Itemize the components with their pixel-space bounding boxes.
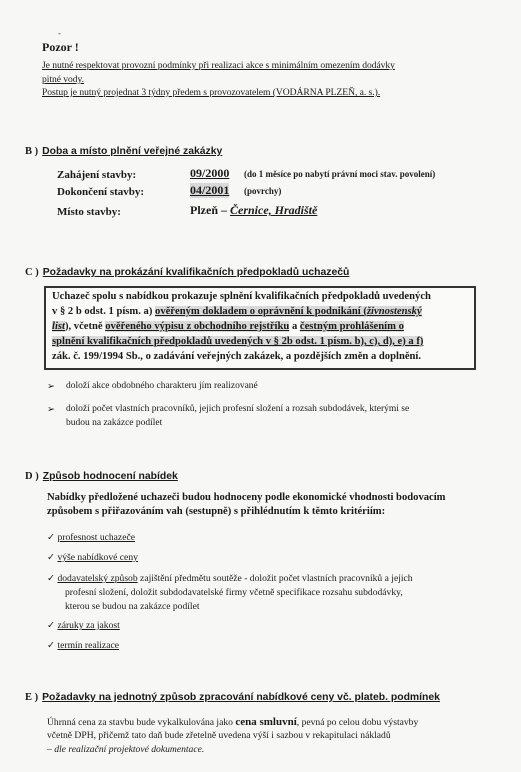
box-line-3: list), včetně ověřeného výpisu z obchodn… [52, 321, 404, 332]
qualification-box: Uchazeč spolu s nabídkou prokazuje splně… [44, 286, 476, 370]
bullet-1: doloží akce obdobného charakteru jím rea… [66, 381, 258, 391]
place-label: Místo stavby: [57, 206, 121, 218]
text: , pevná po celou dobu výstavby [297, 717, 419, 728]
check-icon: ✓ [47, 573, 55, 584]
section-c-heading: C ) Požadavky na prokázání kvalifikačníc… [25, 262, 349, 280]
arrow-bullet-icon: ➢ [47, 404, 55, 415]
highlight-register: ověřeného výpisu z obchodního rejstříku [105, 321, 289, 332]
criterion-text: zajištění předmětu soutěže - doložit poč… [138, 573, 413, 584]
contract-price: cena smluvní [235, 716, 296, 728]
highlight-doc-italic: živnostenský [367, 306, 422, 317]
box-line-2: v § 2 b odst. 1 písm. a) ověřeným doklad… [52, 306, 422, 317]
text: a [289, 321, 300, 332]
text: v § 2 b odst. 1 písm. a) [52, 306, 155, 317]
e-line-2: včetně DPH, přičemž tato daň bude zřetel… [47, 730, 391, 741]
criterion-1: ✓ profesnost uchazeče [47, 532, 135, 543]
notice-line-1: Je nutné respektovat provozní podmínky p… [42, 60, 395, 71]
check-icon: ✓ [47, 552, 55, 563]
start-note: (do 1 měsíce po nabytí právní moci stav.… [244, 169, 435, 179]
criterion-5: ✓ termín realizace [47, 640, 119, 651]
check-icon: ✓ [47, 640, 55, 651]
box-line-1: Uchazeč spolu s nabídkou prokazuje splně… [52, 291, 431, 302]
criterion-2: ✓ výše nabídkové ceny [47, 552, 138, 563]
section-e-heading: E ) Požadavky na jednotný způsob zpracov… [25, 687, 440, 705]
place-district: Černice, Hradiště [230, 203, 317, 217]
section-d-heading: D ) Způsob hodnocení nabídek [25, 466, 178, 484]
criterion-label: dodavatelský způsob [57, 573, 137, 584]
section-title: Doba a místo plnění veřejné zakázky [42, 146, 222, 157]
highlight-doc: ověřeným dokladem o oprávnění k podnikán… [155, 306, 367, 317]
bullet-2: doloží počet vlastních pracovníků, jejic… [66, 404, 409, 414]
text: ), včetně [65, 321, 105, 332]
section-letter: D ) [25, 471, 39, 482]
d-intro-2: způsobem s přiřazováním vah (sestupně) s… [47, 506, 385, 517]
section-title: Požadavky na prokázání kvalifikačních př… [43, 267, 350, 278]
place-value: Plzeň – Černice, Hradiště [190, 203, 317, 218]
box-line-4: splnění kvalifikačních předpokladů uvede… [52, 336, 423, 347]
e-line-3: – dle realizační projektové dokumentace. [47, 744, 204, 755]
criterion-3-cont-1: profesní složení, doložit subdodavatelsk… [65, 587, 403, 598]
box-line-5: zák. č. 199/1994 Sb., o zadávání veřejný… [52, 351, 421, 362]
section-b-heading: B ) Doba a místo plnění veřejné zakázky [25, 141, 222, 159]
top-mark: - [58, 28, 61, 38]
finish-note: (povrchy) [244, 186, 281, 196]
highlight-list: list [52, 321, 65, 332]
criterion-3: ✓ dodavatelský způsob zajištění předmětu… [47, 573, 413, 584]
section-letter: E ) [25, 692, 38, 703]
criterion-label: profesnost uchazeče [57, 532, 135, 543]
criterion-4: ✓ záruky za jakost [47, 620, 120, 631]
e-line-1: Úhrnná cena za stavbu bude vykalkulována… [47, 716, 418, 728]
section-title: Způsob hodnocení nabídek [43, 471, 178, 482]
criterion-3-cont-2: kterou se budou na zakázce podílet [65, 601, 200, 612]
notice-line-2: pitné vody. [42, 74, 84, 85]
criterion-label: termín realizace [57, 640, 119, 651]
start-value: 09/2000 [190, 166, 229, 181]
notice-title: Pozor ! [42, 40, 79, 55]
finish-label: Dokončení stavby: [57, 186, 144, 198]
criterion-label: záruky za jakost [57, 620, 119, 631]
finish-value: 04/2001 [190, 183, 229, 198]
check-icon: ✓ [47, 620, 55, 631]
start-label: Zahájení stavby: [57, 169, 136, 181]
criterion-label: výše nabídkové ceny [57, 552, 137, 563]
bullet-2-cont: budou na zakázce podílet [66, 418, 162, 428]
section-title: Požadavky na jednotný způsob zpracování … [42, 692, 440, 703]
place-city: Plzeň – [190, 203, 227, 217]
text: Úhrnná cena za stavbu bude vykalkulována… [47, 717, 235, 728]
arrow-bullet-icon: ➢ [47, 381, 55, 392]
d-intro-1: Nabídky předložené uchazeči budou hodnoc… [47, 492, 446, 503]
check-icon: ✓ [47, 532, 55, 543]
highlight-declaration: čestným prohlášením o [300, 321, 404, 332]
section-letter: B ) [25, 146, 38, 157]
notice-line-3: Postup je nutný projednat 3 týdny předem… [42, 87, 380, 98]
section-letter: C ) [25, 267, 39, 278]
